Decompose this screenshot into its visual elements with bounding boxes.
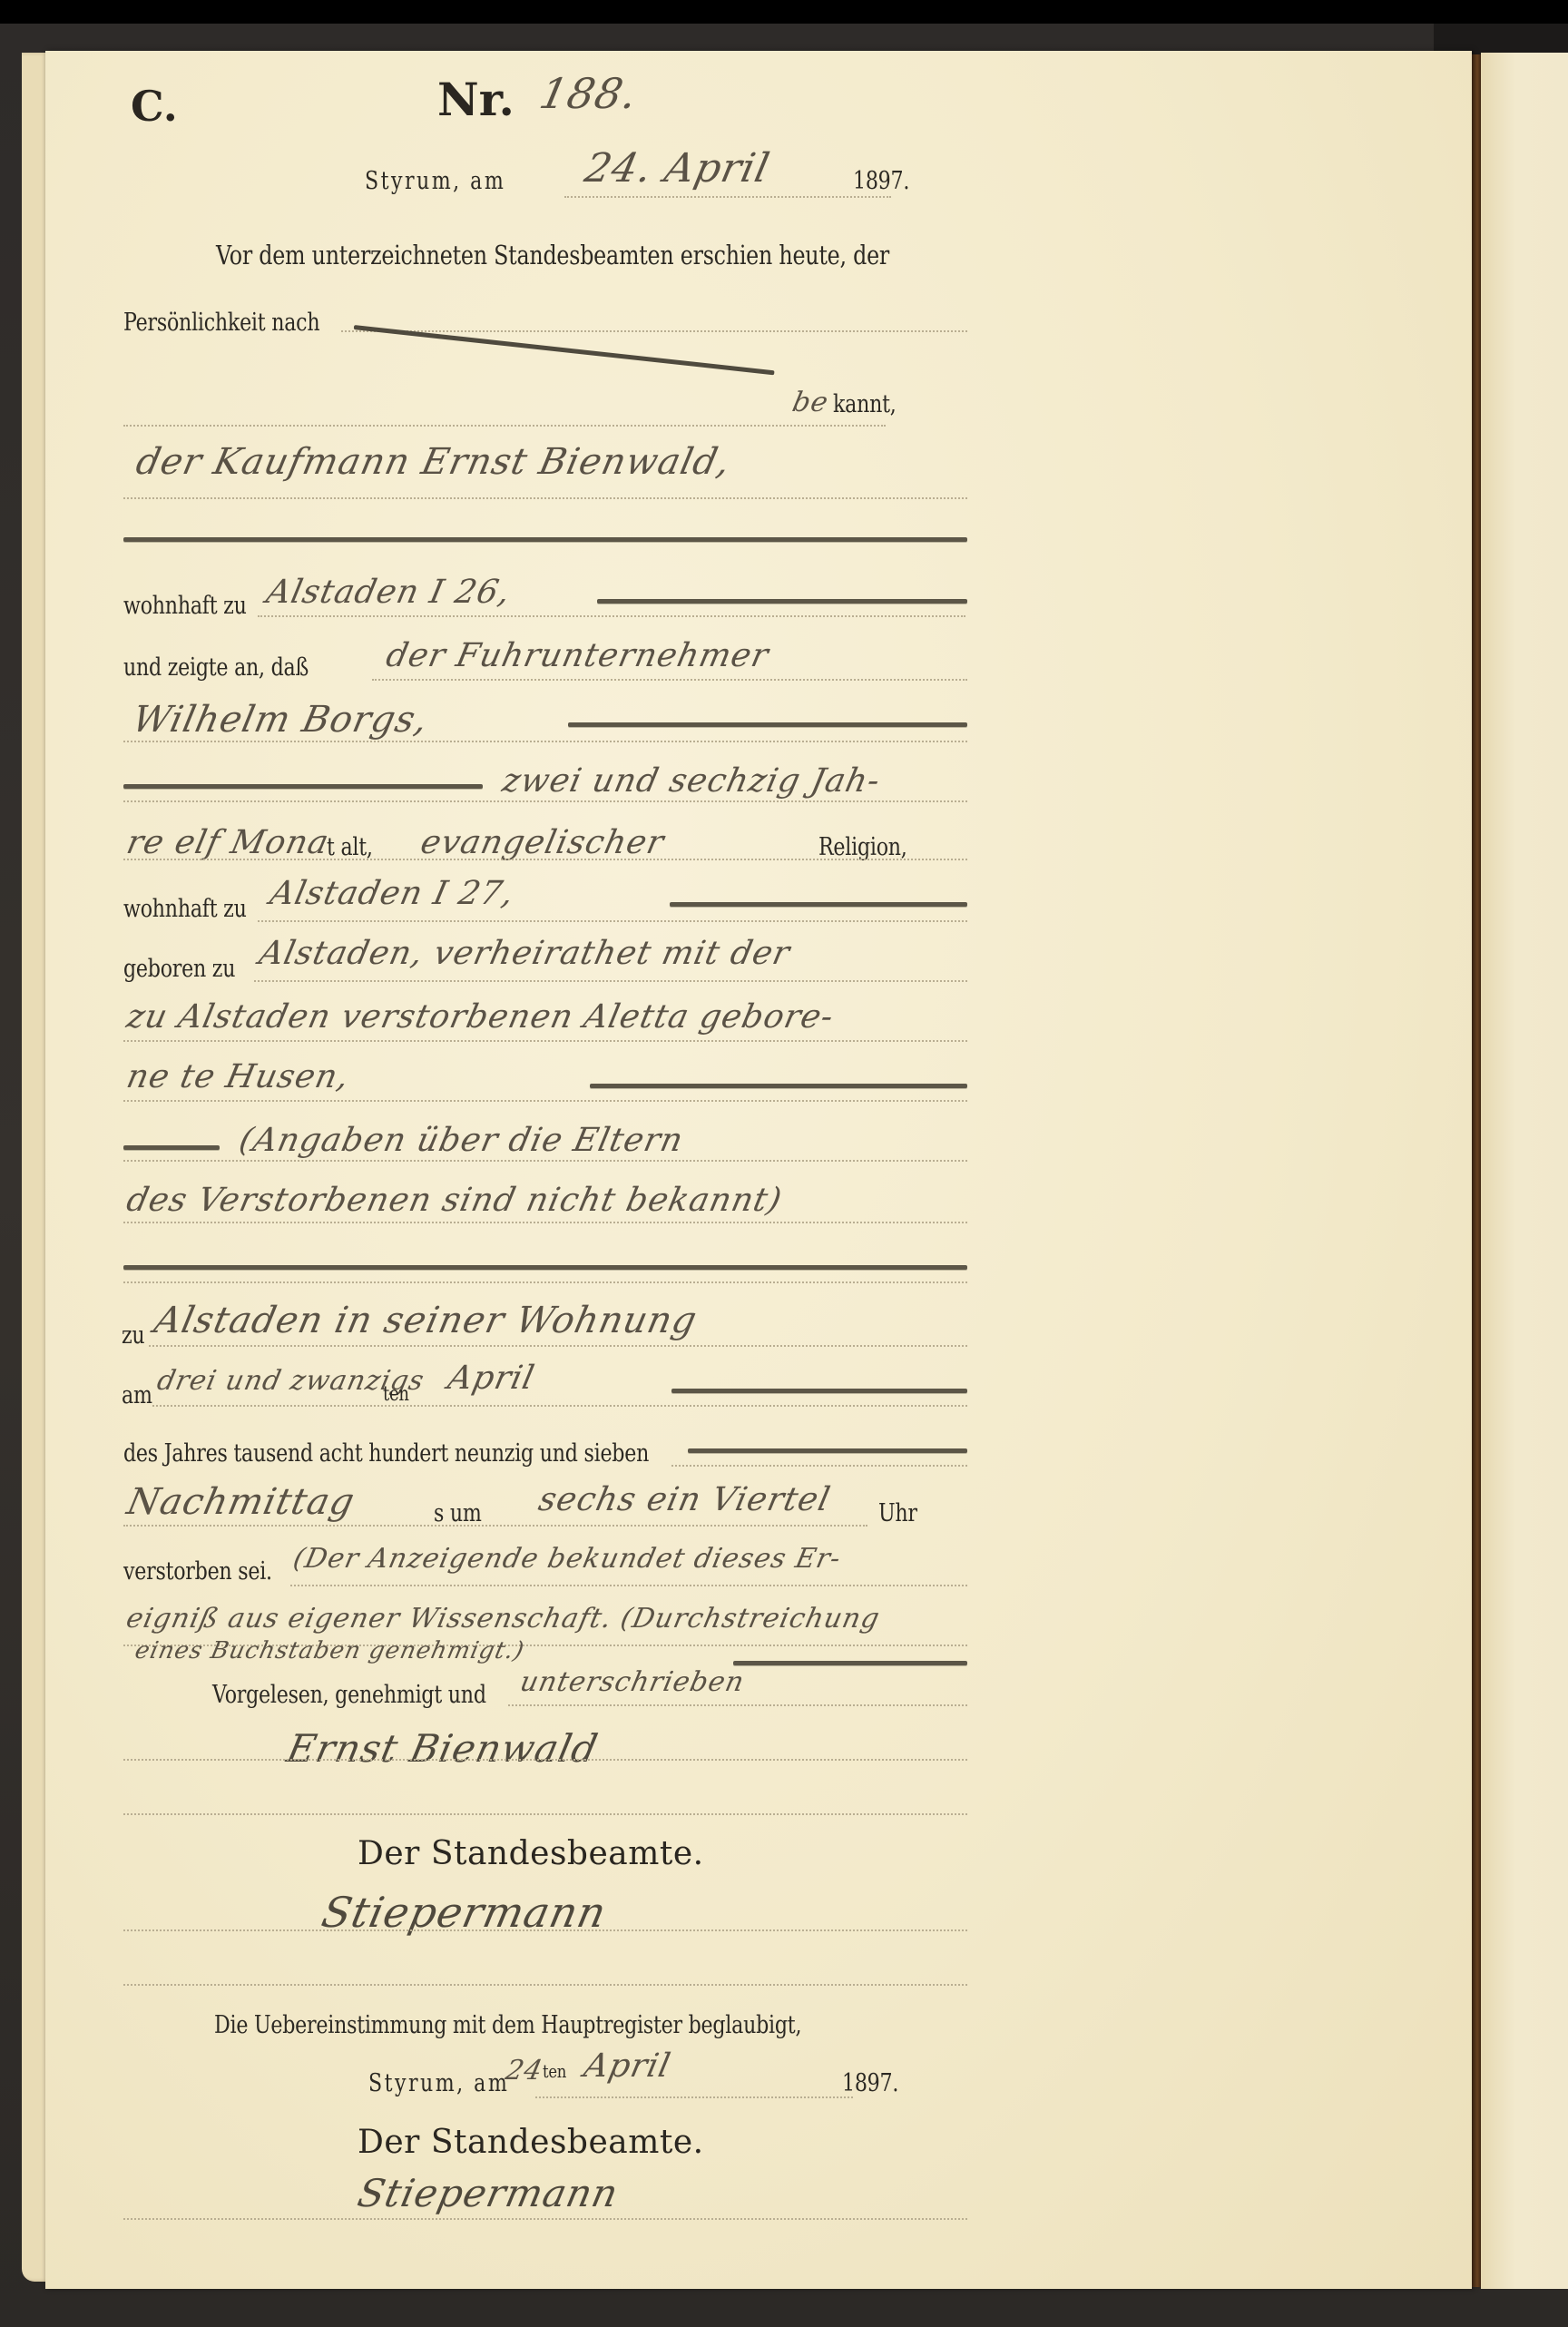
dotted-line bbox=[258, 615, 965, 617]
fill-rule bbox=[123, 784, 483, 789]
deceased-residence-value: Alstaden I 27, bbox=[267, 875, 518, 912]
dotted-line bbox=[671, 1465, 967, 1467]
dotted-line bbox=[123, 1759, 967, 1761]
registrar-title-2: Der Standesbeamte. bbox=[358, 2124, 704, 2161]
record-number-value: 188. bbox=[535, 69, 642, 118]
certification-year: 1897. bbox=[842, 2069, 898, 2097]
identity-suffix-printed: kannt, bbox=[833, 390, 897, 418]
death-month-value: April bbox=[445, 1360, 538, 1397]
intro-text: Vor dem unterzeichneten Standesbeamten e… bbox=[216, 240, 889, 270]
fill-rule bbox=[733, 1661, 967, 1665]
dotted-line bbox=[341, 330, 967, 332]
dotted-line bbox=[149, 1345, 967, 1347]
fill-rule bbox=[597, 599, 967, 604]
dotted-line bbox=[123, 1100, 967, 1102]
parents-note-line-1: (Angaben über die Eltern bbox=[236, 1122, 687, 1159]
dotted-line bbox=[123, 859, 967, 860]
spouse-line: zu Alstaden verstorbenen Aletta gebore- bbox=[123, 998, 838, 1036]
approval-label: Vorgelesen, genehmigt und bbox=[212, 1681, 486, 1709]
certification-day-suffix: ten bbox=[543, 2060, 566, 2082]
birthplace-label: geboren zu bbox=[123, 955, 235, 983]
time-of-day-value: Nachmittag bbox=[123, 1481, 358, 1523]
dotted-line bbox=[123, 741, 967, 742]
dotted-line bbox=[123, 1525, 867, 1527]
died-note-line-1: (Der Anzeigende bekundet dieses Er- bbox=[290, 1543, 844, 1575]
dotted-line bbox=[123, 1984, 967, 1986]
fill-rule bbox=[671, 1389, 967, 1393]
registrar-title: Der Standesbeamte. bbox=[358, 1835, 704, 1872]
certification-text: Die Uebereinstimmung mit dem Hauptregist… bbox=[214, 2011, 801, 2039]
dotted-line bbox=[123, 497, 967, 499]
age-printed-suffix: t alt, bbox=[327, 833, 373, 861]
certification-month: April bbox=[581, 2047, 674, 2085]
age-value-continued: re elf Mona bbox=[123, 824, 332, 861]
death-place-value: Alstaden in seiner Wohnung bbox=[151, 1300, 701, 1341]
book-gutter bbox=[1472, 54, 1481, 2287]
fill-rule bbox=[688, 1448, 967, 1453]
fill-rule bbox=[670, 902, 967, 907]
death-place-label: zu bbox=[122, 1321, 144, 1350]
certification-place: Styrum, am bbox=[368, 2069, 509, 2097]
birthplace-value: Alstaden, verheirathet mit der bbox=[256, 935, 794, 972]
informant-signature: Ernst Bienwald bbox=[283, 1726, 603, 1771]
death-year-text: des Jahres tausend acht hundert neunzig … bbox=[123, 1439, 649, 1468]
register-page: C. Nr. 188. Styrum, am 24. April 1897. V… bbox=[45, 51, 1472, 2289]
approval-value: unterschrieben bbox=[517, 1666, 748, 1698]
spouse-line-continued: ne te Husen, bbox=[123, 1058, 353, 1095]
informant-name: der Kaufmann Ernst Bienwald, bbox=[132, 441, 734, 483]
died-label: verstorben sei. bbox=[123, 1557, 272, 1586]
registration-year: 1897. bbox=[853, 167, 909, 195]
parents-note-line-2: des Verstorbenen sind nicht bekannt) bbox=[123, 1182, 786, 1219]
dotted-line bbox=[258, 920, 967, 922]
hour-value: sechs ein Viertel bbox=[535, 1481, 834, 1518]
dotted-line bbox=[123, 1160, 967, 1162]
religion-value: evangelischer bbox=[417, 824, 668, 861]
strike-line bbox=[354, 325, 775, 375]
dotted-line bbox=[372, 679, 967, 681]
death-day-suffix: ten bbox=[383, 1383, 409, 1406]
dotted-line bbox=[123, 800, 967, 802]
section-letter: C. bbox=[131, 82, 178, 131]
announcement-label: und zeigte an, daß bbox=[123, 653, 309, 682]
record-number-label: Nr. bbox=[437, 73, 514, 126]
dotted-line bbox=[290, 1585, 967, 1586]
registrar-signature-2: Stiepermann bbox=[354, 2171, 622, 2215]
place-label: Styrum, am bbox=[365, 167, 505, 195]
hour-label: Uhr bbox=[878, 1499, 917, 1527]
dotted-line bbox=[123, 1222, 967, 1223]
fill-rule bbox=[568, 722, 967, 727]
deceased-occupation: der Fuhrunternehmer bbox=[383, 637, 772, 674]
fill-rule bbox=[590, 1084, 967, 1088]
time-printed-s-um: s um bbox=[434, 1499, 482, 1527]
fill-rule bbox=[123, 537, 967, 542]
dotted-line bbox=[123, 1929, 967, 1931]
residence-value: Alstaden I 26, bbox=[263, 574, 514, 611]
died-note-line-3: eines Buchstaben genehmigt.) bbox=[132, 1637, 527, 1664]
dotted-line bbox=[123, 1040, 967, 1042]
registration-date: 24. April bbox=[581, 145, 774, 191]
religion-label: Religion, bbox=[818, 833, 907, 861]
dotted-line bbox=[564, 196, 891, 198]
dotted-line bbox=[508, 1704, 967, 1706]
dotted-line bbox=[254, 980, 967, 982]
residence-label: wohnhaft zu bbox=[123, 592, 247, 620]
window-title-bar: /Abt_Rheinland/PA_3103/~213/21375/R_PA_3… bbox=[0, 0, 1568, 24]
fill-rule bbox=[123, 1145, 220, 1150]
died-note-line-2: eigniß aus eigener Wissenschaft. (Durchs… bbox=[123, 1603, 883, 1635]
identity-suffix-handwritten: be bbox=[789, 387, 831, 418]
dotted-line bbox=[152, 1405, 967, 1407]
deceased-name: Wilhelm Borgs, bbox=[129, 699, 432, 741]
age-value: zwei und sechzig Jah- bbox=[499, 762, 884, 800]
death-date-label: am bbox=[122, 1381, 152, 1409]
dotted-line bbox=[123, 2218, 967, 2220]
deceased-residence-label: wohnhaft zu bbox=[123, 895, 247, 923]
identity-label: Persönlichkeit nach bbox=[123, 309, 319, 337]
dotted-line bbox=[123, 425, 886, 427]
certification-day: 24 bbox=[503, 2055, 546, 2086]
dotted-line bbox=[535, 2096, 853, 2098]
dotted-line bbox=[123, 1281, 967, 1283]
fill-rule bbox=[123, 1265, 967, 1270]
dotted-line bbox=[123, 1813, 967, 1815]
facing-page bbox=[1481, 53, 1568, 2289]
